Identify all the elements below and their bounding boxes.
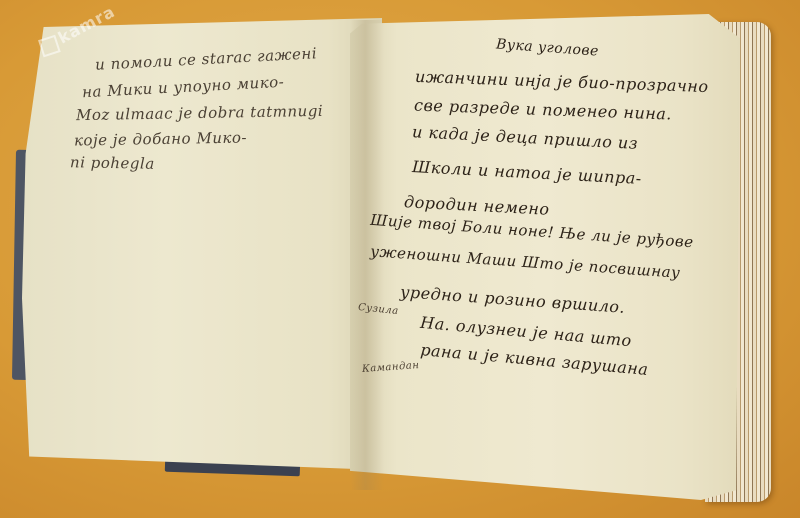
photo-scene: kamra и помоли се starac гаженi на Мики … — [0, 0, 800, 518]
left-line-5: ni pohegla — [70, 153, 155, 172]
left-line-4: које је добано Мико- — [74, 128, 247, 149]
